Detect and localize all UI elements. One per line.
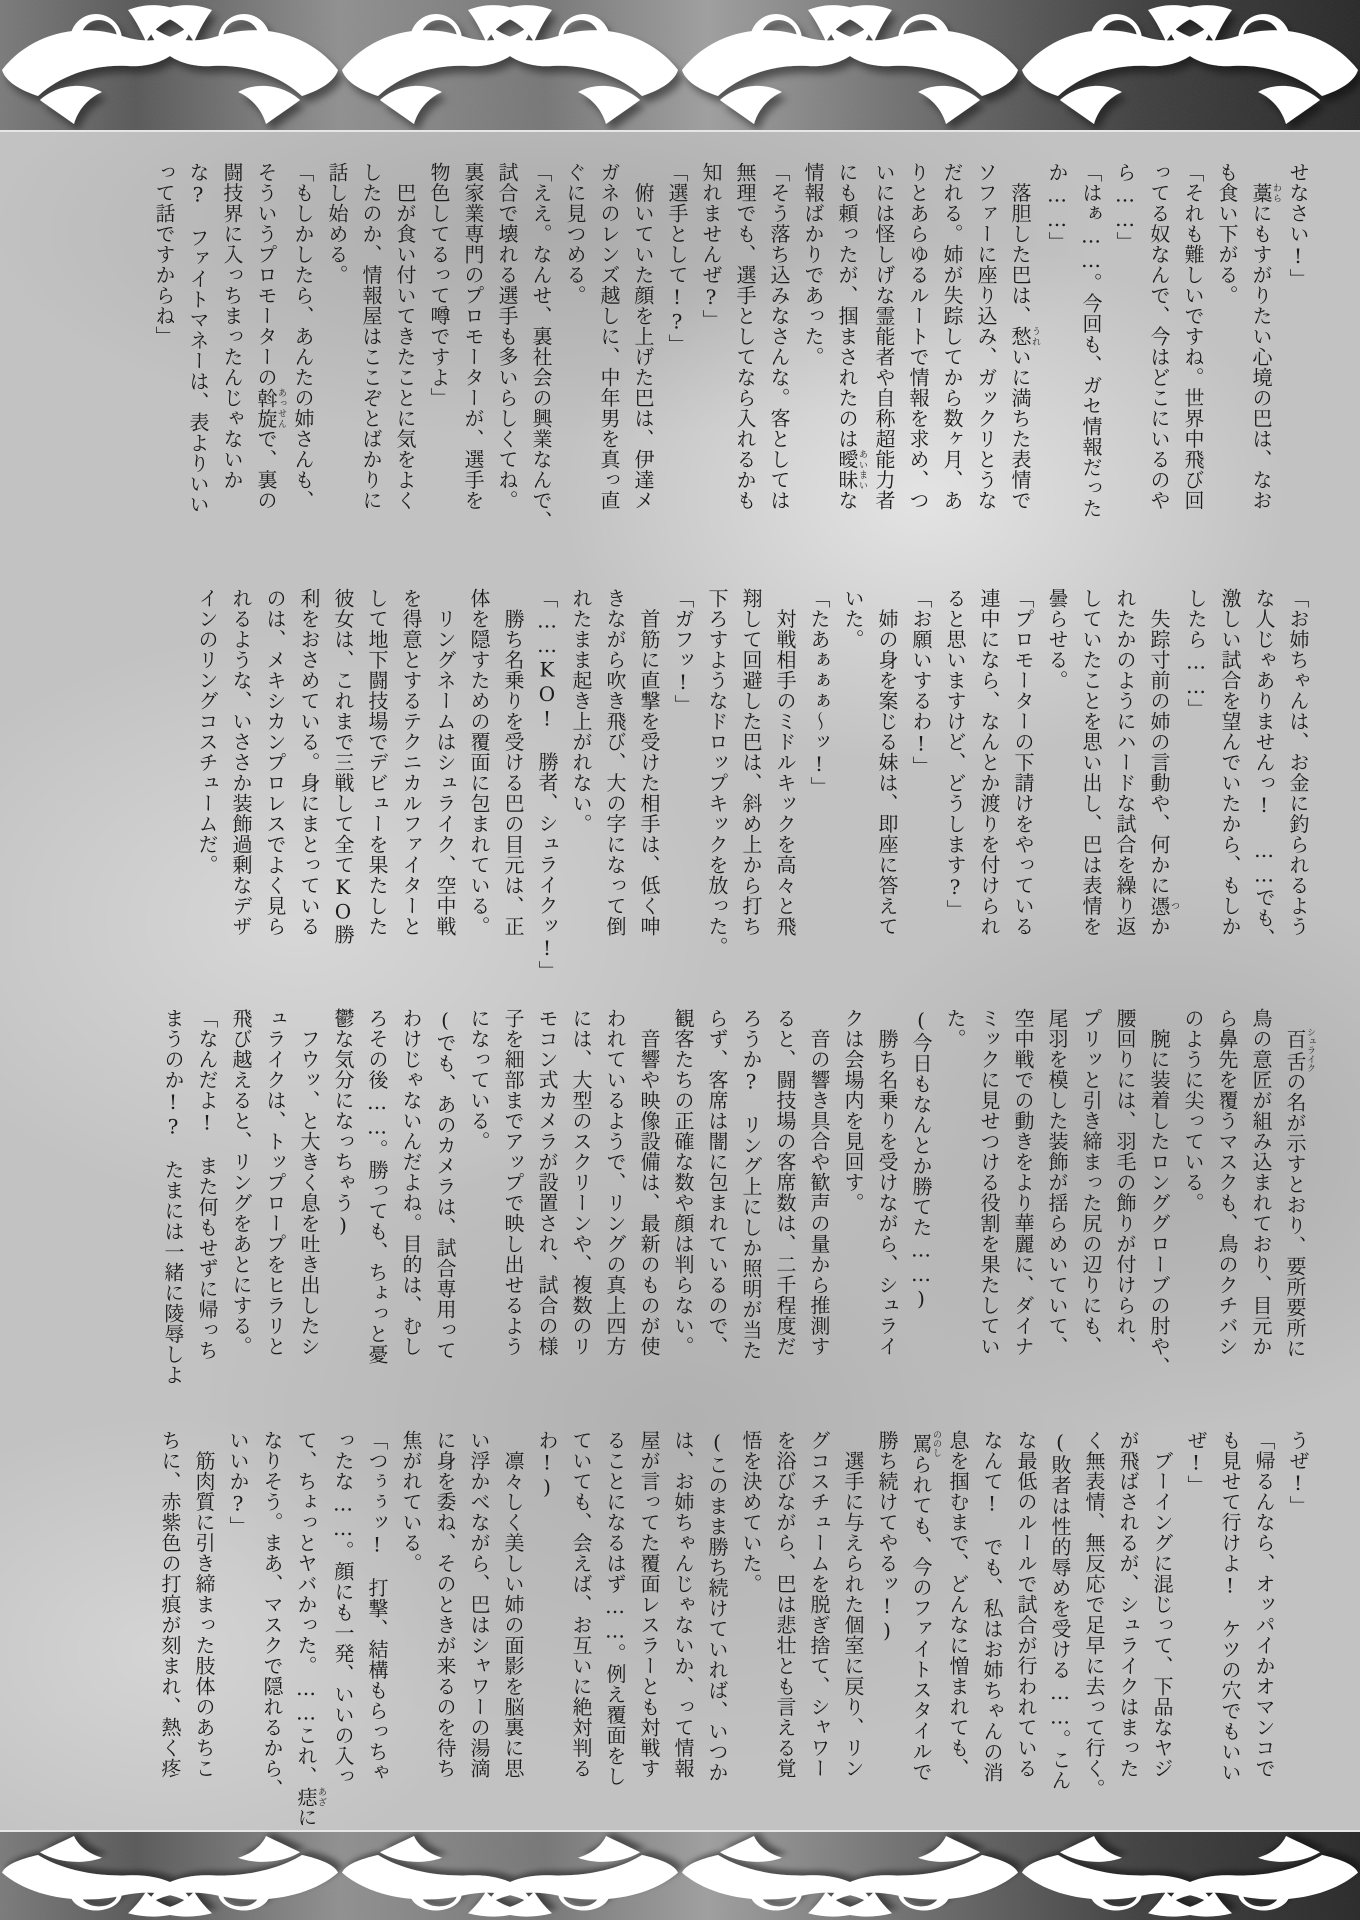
text-column: のは、メキシカンプロレスでよく見ら [258,588,292,986]
text-column: に身を委ね、そのときが来るのを待ち [428,1430,462,1828]
text-column: そういうプロモーターの斡旋あっせんで、裏の [249,162,286,560]
text-column: には、大型のスクリーンや、複数のリ [564,1008,598,1406]
text-column: 裏家業専門のプロモーターが、選手を [456,162,490,560]
text-column: 腰回りには、羽毛の飾りが付けられ、 [1108,1008,1142,1406]
text-column: を浴びながら、巴は悲壮とも言える覚 [768,1430,802,1828]
text-column: ろうか? リング上にしか照明が当た [734,1008,768,1406]
text-column: ろその後……。勝っても、ちょっと憂 [360,1008,394,1406]
text-column: 「選手として!?」 [660,162,694,560]
text-column: 悟を決めていた。 [734,1430,768,1828]
text-column: 利をおさめている。身にまとっている [292,588,326,986]
text-column: 翔して回避した巴は、斜め上から打ち [734,588,768,986]
text-column: らず、客席は闇に包まれているので、 [700,1008,734,1406]
text-column: 鬱な気分になっちゃう) [326,1008,360,1406]
text-column: だれる。姉が失踪してから数ヶ月、あ [935,162,969,560]
text-column: な人じゃありませんっ! ……でも、 [1247,588,1281,986]
tribal-flame-border-icon [0,1832,1360,1920]
text-column: 曇らせる。 [1040,588,1074,986]
text-column: なんて! でも、私はお姉ちゃんの消 [975,1430,1009,1828]
text-column: ブーイングに混じって、下品なヤジ [1145,1430,1179,1828]
text-column: (でも、あのカメラは、試合専用って [428,1008,462,1406]
text-column: 飛び越えると、リングをあとにする。 [224,1008,258,1406]
text-column: 「……KO! 勝者、シュライクッ!」 [530,588,564,986]
text-column: 筋肉質に引き締まった肢体のあちこ [187,1430,221,1828]
text-column: 落胆した巴は、愁うれいに満ちた表情で [1003,162,1040,560]
text-column: た。 [938,1008,972,1406]
top-border [0,0,1360,132]
text-column: なりそう。まあ、マスクで隠れるから、 [255,1430,289,1828]
text-column: ガネのレンズ越しに、中年男を真っ直 [592,162,626,560]
bottom-border [0,1830,1360,1920]
text-column: 知れませんぜ?」 [694,162,728,560]
text-column: プリッと引き締まった尻の辺りにも、 [1074,1008,1108,1406]
text-column: ると思いますけど、どうします?」 [938,588,972,986]
text-column: ることになるはず……。例え覆面をし [598,1430,632,1828]
text-column: 激しい試合を望んでいたから、もしか [1213,588,1247,986]
text-column: していたことを思い出し、巴は表情を [1074,588,1108,986]
text-column: ていても、会えば、お互いに絶対判る [564,1430,598,1828]
text-column: れたまま起き上がれない。 [564,588,598,986]
text-column: 「それも難しいですね。世界中飛び回 [1176,162,1210,560]
text-column: 罵ののしられても、今のファイトスタイルで [904,1430,941,1828]
text-column: ソファーに座り込み、ガックリとうな [969,162,1003,560]
text-column: な? ファイトマネーは、表よりいい [181,162,215,560]
text-column: わ!) [530,1430,564,1828]
text-column: (敗者は性的辱めを受ける……。こん [1043,1430,1077,1828]
text-column: ちに、赤紫色の打痕が刻まれ、熱く疼 [153,1430,187,1828]
tribal-flame-border-icon [0,0,1360,130]
text-column: 「もしかしたら、あんたの姉さんも、 [286,162,320,560]
text-column: わけじゃないんだよね。目的は、むし [394,1008,428,1406]
text-column: して地下闘技場でデビューを果たした [360,588,394,986]
text-column: い浮かべながら、巴はシャワーの湯滴 [462,1430,496,1828]
text-column: にも頼ったが、掴まされたのは曖昧あいまいな [830,162,867,560]
text-column: 姉の身を案じる妹は、即座に答えて [870,588,904,986]
page-background: { "page": { "number": "8" }, "colors": {… [0,0,1360,1920]
text-column: 試合で壊れる選手も多いらしくてね。 [490,162,524,560]
text-column: モコン式カメラが設置され、試合の様 [530,1008,564,1406]
text-column: 百舌シュライクの名が示すとおり、要所要所に [1278,1008,1315,1406]
text-column: 息を掴むまで、どんなに憎まれても、 [941,1430,975,1828]
text-column: 「プロモーターの下請けをやっている [1006,588,1040,986]
text-column: 連中になら、なんとか渡りを付けられ [972,588,1006,986]
text-column: 鳥の意匠が組み込まれており、目元か [1244,1008,1278,1406]
text-column: な最低のルールで試合が行われている [1009,1430,1043,1828]
text-column: のように尖っている。 [1176,1008,1210,1406]
text-column: 「お姉ちゃんは、お金に釣られるよう [1281,588,1315,986]
text-column: (今日もなんとか勝てた……) [904,1008,938,1406]
text-column: 「帰るんなら、オッパイかオマンコで [1247,1430,1281,1828]
text-column: 子を細部までアップで映し出せるよう [496,1008,530,1406]
text-column: て、ちょっとヤバかった。……これ、痣あざに [289,1430,326,1828]
text-column: 失踪寸前の姉の言動や、何かに憑つか [1142,588,1179,986]
text-column: ら……」 [1108,162,1142,560]
text-column: 音響や映像設備は、最新のものが使 [632,1008,666,1406]
text-column: したのか、情報屋はここぞとばかりに [354,162,388,560]
text-column: きながら吹き飛び、大の字になって倒 [598,588,632,986]
text-column: うぜ!」 [1281,1430,1315,1828]
text-column: 観客たちの正確な数や顔は判らない。 [666,1008,700,1406]
text-column: 屋が言ってた覆面レスラーとも対戦す [632,1430,666,1828]
text-column: になっている。 [462,1008,496,1406]
text-column: 闘技界に入っちまったんじゃないか [215,162,249,560]
text-column: 凛々しく美しい姉の面影を脳裏に思 [496,1430,530,1828]
text-column: いた。 [836,588,870,986]
text-column: リングネームはシュライク、空中戦 [428,588,462,986]
text-column: われているようで、リングの真上四方 [598,1008,632,1406]
text-column: 「お願いするわ!」 [904,588,938,986]
text-column: 俯いていた顔を上げた巴は、伊達メ [626,162,660,560]
text-column: 尾羽を模した装飾が揺らめいていて、 [1040,1008,1074,1406]
text-column: インのリングコスチュームだ。 [190,588,224,986]
text-column: 「たあぁぁぁ〜ッ!」 [802,588,836,986]
text-column: グコスチュームを脱ぎ捨て、シャワー [802,1430,836,1828]
text-column: 勝ち名乗りを受けながら、シュライ [870,1008,904,1406]
text-column: 勝ち名乗りを受ける巴の目元は、正 [496,588,530,986]
text-column: いいか?」 [221,1430,255,1828]
text-column: 首筋に直撃を受けた相手は、低く呻 [632,588,666,986]
text-column: 空中戦での動きをより華麗に、ダイナ [1006,1008,1040,1406]
text-column: 腕に装着したロンググローブの肘や、 [1142,1008,1176,1406]
text-column: りとあらゆるルートで情報を求め、つ [901,162,935,560]
text-column: ったな……。顔にも一発、いいの入っ [326,1430,360,1828]
text-column: れるような、いささか装飾過剰なデザ [224,588,258,986]
text-column: 彼女は、これまで三戦して全てKO勝 [326,588,360,986]
text-column: 巴が食い付いてきたことに気をよく [388,162,422,560]
text-column: 「そう落ち込みなさんな。客としては [762,162,796,560]
text-column: 「ええ。なんせ、裏社会の興業なんで、 [524,162,558,560]
text-column: ぐに見つめる。 [558,162,592,560]
text-strip-1: せなさい!」 藁わらにもすがりたい心境の巴は、なおも食い下がる。「それも難しいで… [105,162,1315,560]
text-column: か……」 [1040,162,1074,560]
text-column: 選手に与えられた個室に戻り、リン [836,1430,870,1828]
text-column: って話ですからね」 [147,162,181,560]
text-column: せなさい!」 [1281,162,1315,560]
text-column: 体を隠すための覆面に包まれている。 [462,588,496,986]
text-column: 勝ち続けてやるッ!) [870,1430,904,1828]
text-column: ってる奴なんで、今はどこにいるのや [1142,162,1176,560]
page-number: 8 [1294,1865,1308,1890]
text-column: が飛ばされるが、シュライクはまった [1111,1430,1145,1828]
text-column: は、お姉ちゃんじゃないか、って情報 [666,1430,700,1828]
text-column: も食い下がる。 [1210,162,1244,560]
text-column: 情報ばかりであった。 [796,162,830,560]
text-column: 「ガフッ!」 [666,588,700,986]
text-column: く無表情、無反応で足早に去って行く。 [1077,1430,1111,1828]
text-column: ると、闘技場の客席数は、二千程度だ [768,1008,802,1406]
text-column: 無理でも、選手としてなら入れるかも [728,162,762,560]
text-column: フウッ、と大きく息を吐き出したシ [292,1008,326,1406]
text-column: を得意とするテクニカルファイターと [394,588,428,986]
text-column: まうのか!? たまには一緒に陵辱しよ [156,1008,190,1406]
text-strip-3: 百舌シュライクの名が示すとおり、要所要所に鳥の意匠が組み込まれており、目元から鼻… [105,1008,1315,1406]
text-column: 話し始める。 [320,162,354,560]
text-column: も見せて行けよ! ケツの穴でもいい [1213,1430,1247,1828]
text-column: (このまま勝ち続けていれば、いつか [700,1430,734,1828]
text-column: 音の響き具合や歓声の量から推測す [802,1008,836,1406]
text-column: 藁わらにもすがりたい心境の巴は、なお [1244,162,1281,560]
text-column: ミックに見せつける役割を果たしてい [972,1008,1006,1406]
text-column: 「はぁ……。今回も、ガセ情報だった [1074,162,1108,560]
text-column: ュライクは、トップロープをヒラリと [258,1008,292,1406]
text-column: れたかのようにハードな試合を繰り返 [1108,588,1142,986]
text-column: いには怪しげな霊能者や自称超能力者 [867,162,901,560]
text-column: 焦がれている。 [394,1430,428,1828]
text-column: ぜ!」 [1179,1430,1213,1828]
text-column: 下ろすようなドロップキックを放った。 [700,588,734,986]
text-strip-4: うぜ!」「帰るんなら、オッパイかオマンコでも見せて行けよ! ケツの穴でもいいぜ!… [105,1430,1315,1828]
text-column: クは会場内を見回す。 [836,1008,870,1406]
text-column: 「なんだよ! また何もせずに帰っち [190,1008,224,1406]
text-column: 物色してるって噂ですよ」 [422,162,456,560]
text-strip-2: 「お姉ちゃんは、お金に釣られるような人じゃありませんっ! ……でも、激しい試合を… [105,588,1315,986]
text-column: ら鼻先を覆うマスクも、鳥のクチバシ [1210,1008,1244,1406]
text-column: 対戦相手のミドルキックを高々と飛 [768,588,802,986]
text-column: 「つぅぅッ! 打撃、結構もらっちゃ [360,1430,394,1828]
text-column: したら……」 [1179,588,1213,986]
